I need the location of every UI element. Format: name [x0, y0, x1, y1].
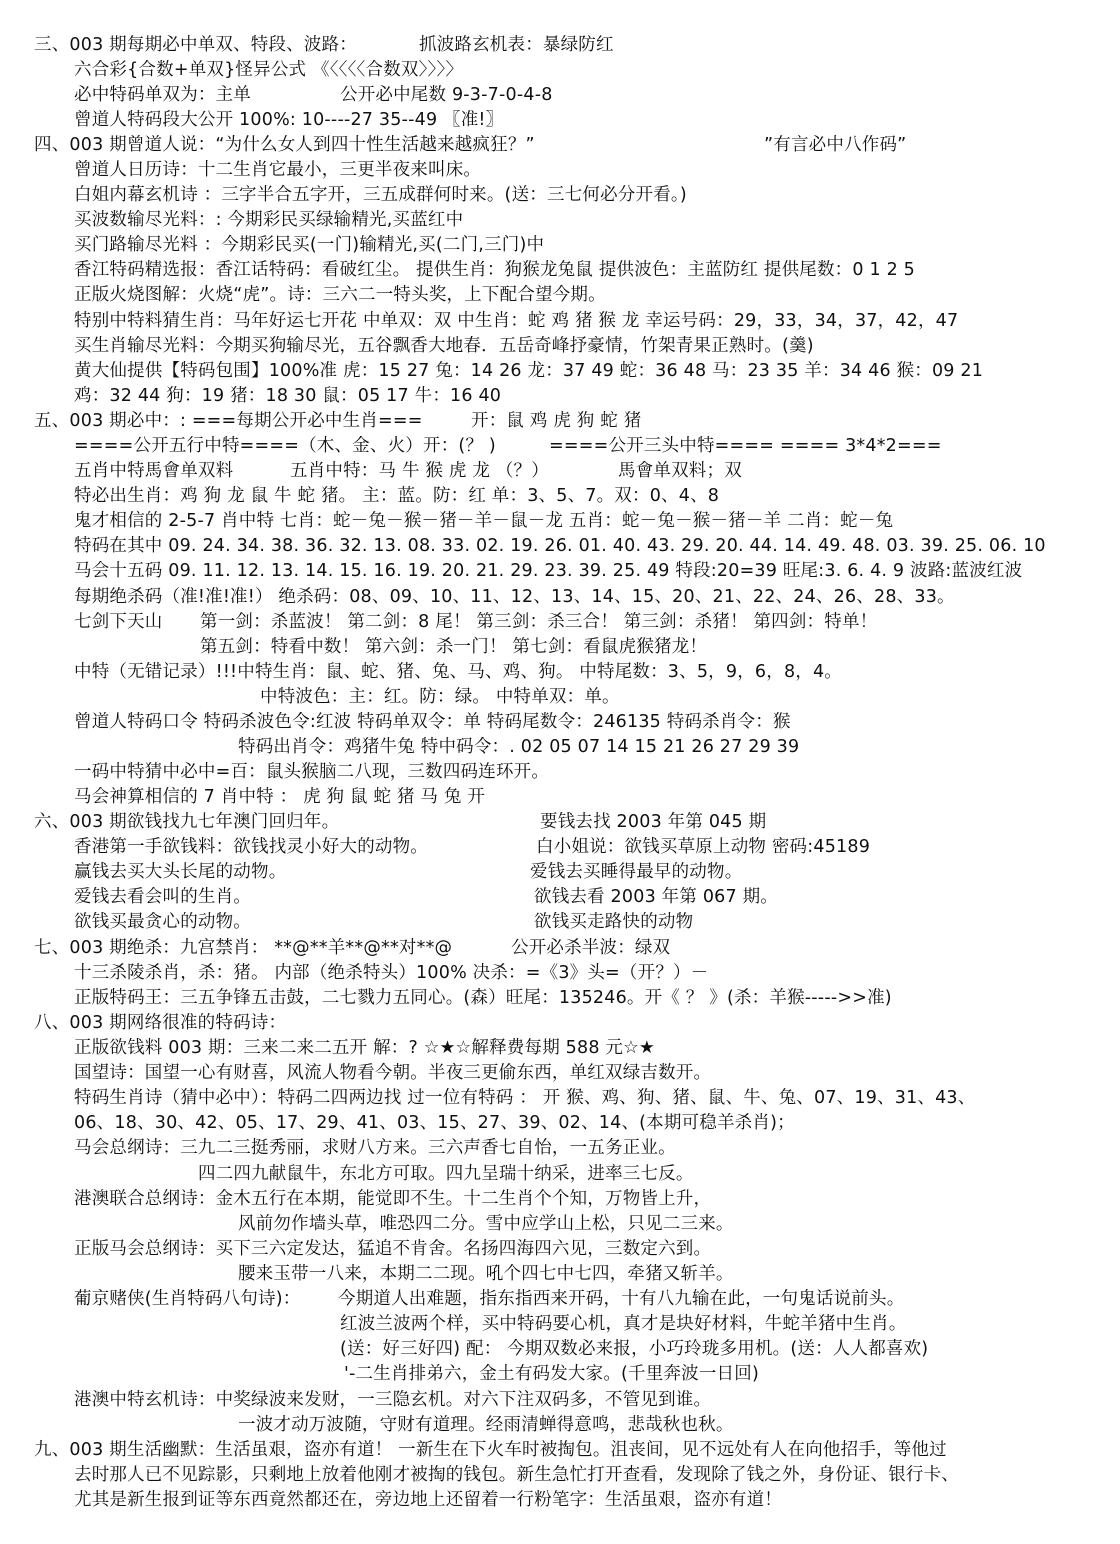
wave-table: 抓波路玄机表：暴绿防红 — [419, 34, 614, 56]
text-line: 风前勿作墙头草，唯恐四二分。雪中应学山上松，只见二三来。 — [238, 1213, 734, 1235]
section-5-title: 五、003 期必中：: ===每期公开必中生肖=== — [34, 411, 423, 431]
text-line: 赢钱去买大头长尾的动物。 爱钱去买睡得最早的动物。 — [74, 861, 286, 883]
text-line: 正版火烧图解：火烧“虎”。诗：三六二一特头奖，上下配合望今期。 — [74, 284, 606, 306]
five-elements: ====公开五行中特====（木、金、火）开：(？ ) — [74, 436, 496, 456]
five-zodiac-label: 五肖中特馬會单双料 — [74, 461, 233, 481]
section-7-title: 七、003 期绝杀：九宫禁肖： **@**羊**@**对**@ — [34, 938, 452, 958]
segment-line: 曾道人特码段大公开 100%: 10----27 35--49 〖准!〗 — [74, 109, 503, 131]
text-line: 四二四九献鼠牛，东北方可取。四九呈瑞十纳采，进率三七反。 — [198, 1163, 694, 1185]
text-line: 香江特码精选报：香江话特码：看破红尘。 提供生肖：狗猴龙兔鼠 提供波色：主蓝防红… — [74, 259, 915, 281]
text-line: 正版欲钱料 003 期：三来二来二五开 解：? ☆★☆解释费每期 588 元☆★ — [74, 1037, 655, 1059]
text-line: 特码在其中 09. 24. 34. 38. 36. 32. 13. 08. 33… — [74, 535, 1046, 557]
section-9-heading: 九、003 期生活幽默：生活虽艰，盗亦有道！ 一新生在下火车时被掏包。沮丧间，见… — [34, 1439, 947, 1461]
text-line: 正版特码王：三五争锋五击鼓，二七戮力五同心。(森）旺尾：135246。开《 ？ … — [74, 987, 892, 1009]
text-line: 买波数输尽光料：: 今期彩民买绿输精光,买蓝红中 — [74, 209, 463, 231]
section-4-heading: 四、003 期曾道人说：“为什么女人到四十性生活越来越疯狂？” ”有言必中八作码… — [34, 134, 535, 156]
right-col: 爱钱去买睡得最早的动物。 — [530, 861, 742, 883]
text-line: 中特波色：主：红。防：绿。 中特单双：单。 — [260, 686, 620, 708]
odd-even-line: 必中特码单双为：主单 公开必中尾数 9-3-7-0-4-8 — [74, 84, 251, 106]
text-line: 正版马会总纲诗：买下三六定发达，猛追不肯舍。名扬四海四六见，三数定六到。 — [74, 1238, 711, 1260]
text-line: 七剑下天山 第一剑：杀蓝波！ 第二剑：8 尾！ 第三剑：杀三合！ 第三剑：杀猪！… — [74, 611, 163, 633]
five-zodiac: 五肖中特：马 牛 猴 虎 龙 （？） — [290, 460, 549, 482]
text-line: 买生肖输尽光料：今期买狗输尽光，五谷飘香大地春．五岳奇峰抒豪情，竹架青果正熟时。… — [74, 335, 814, 357]
text-line: 买门路输尽光料 ：今期彩民买(一门)输精光,买(二门,三门)中 — [74, 234, 544, 256]
text-line: 红波兰波两个样，买中特码要心机，真才是块好材料，牛蛇羊猪中生肖。 — [340, 1313, 906, 1335]
section-5-heading: 五、003 期必中：: ===每期公开必中生肖=== 开：鼠 鸡 虎 狗 蛇 猪 — [34, 410, 423, 432]
text-line: 国望诗：国望一心有财喜，风流人物看今朝。半夜三更偷东西，单红双绿吉数开。 — [74, 1062, 711, 1084]
text-line: 马会总纲诗：三九二三挺秀丽，求财八方来。三六声香七自怡，一五务正业。 — [74, 1137, 676, 1159]
text-line: ====公开五行中特====（木、金、火）开：(？ ) ====公开三头中特==… — [74, 435, 496, 457]
text-line: 港澳联合总纲诗：金木五行在本期，能觉即不生。十二生肖个个知，万物皆上升， — [74, 1188, 711, 1210]
section-5-open: 开：鼠 鸡 虎 狗 蛇 猪 — [471, 410, 641, 432]
section-4-quote: ”有言必中八作码” — [764, 134, 906, 156]
text-line: 曾道人日历诗：十二生肖它最小，三更半夜来叫床。 — [74, 159, 481, 181]
tail-numbers: 公开必中尾数 9-3-7-0-4-8 — [340, 84, 553, 106]
section-3-heading: 三、003 期每期必中单双、特段、波路： 抓波路玄机表：暴绿防红 — [34, 34, 357, 56]
section-4-title: 四、003 期曾道人说：“为什么女人到四十性生活越来越疯狂？” — [34, 135, 535, 155]
text-line: 中特（无错记录）!!!中特生肖：鼠、蛇、猪、兔、马、鸡、狗。 中特尾数：3、5，… — [74, 661, 842, 683]
left-col: 赢钱去买大头长尾的动物。 — [74, 862, 286, 882]
text-line: 葡京赌侠(生肖特码八句诗)： 今期道人出难题，指东指西来开码，十有八九输在此，一… — [74, 1288, 300, 1310]
odd-even-material: 馬會单双料；双 — [618, 460, 742, 482]
text-line: 马会十五码 09. 11. 12. 13. 14. 15. 16. 19. 20… — [74, 560, 1022, 582]
text-line: 一码中特猜中必中=百：鼠头猴脑二八现，三数四码连环开。 — [74, 761, 549, 783]
text-line: 腰来玉带一八来，本期二二现。吼个四七中七四，牵猪又斩羊。 — [238, 1263, 734, 1285]
left-col: 香港第一手欲钱料：欲钱找灵小好大的动物。 — [74, 837, 428, 857]
left-col: 欲钱买最贪心的动物。 — [74, 912, 251, 932]
poem-label: 葡京赌侠(生肖特码八句诗)： — [74, 1289, 300, 1309]
poem-text: 今期道人出难题，指东指西来开码，十有八九输在此，一句鬼话说前头。 — [338, 1288, 904, 1310]
text-line: 马会神算相信的 7 肖中特 ： 虎 狗 鼠 蛇 猪 马 兔 开 — [74, 786, 485, 808]
text-line: 爱钱去看会叫的生肖。 欲钱去看 2003 年第 067 期。 — [74, 886, 251, 908]
text-line: 第五剑：特看中数！ 第六剑：杀一门！ 第七剑：看鼠虎猴猪龙！ — [200, 636, 707, 658]
text-line: 特必出生肖：鸡 狗 龙 鼠 牛 蛇 猪。 主：蓝。防：红 单：3、5、7。双：0… — [74, 485, 719, 507]
section-6-right: 要钱去找 2003 年第 045 期 — [540, 811, 766, 833]
text-line: 一波才动万波随，守财有道理。经雨清蝉得意鸣，悲哉秋也秋。 — [238, 1414, 734, 1436]
text-line: 去时那人已不见踪影，只剩地上放着他刚才被掏的钱包。新生急忙打开查看，发现除了钱之… — [74, 1464, 959, 1486]
right-col: 欲钱去看 2003 年第 067 期。 — [534, 886, 778, 908]
section-7-right: 公开必杀半波：绿双 — [511, 937, 670, 959]
three-heads: ====公开三头中特==== ==== 3*4*2=== — [549, 435, 942, 457]
right-col: 白小姐说：欲钱买草原上动物 密码:45189 — [536, 836, 870, 858]
text-line: 白姐内幕玄机诗 ：三字半合五字开，三五成群何时来。(送：三七何必分开看。) — [74, 184, 687, 206]
seven-swords: 第一剑：杀蓝波！ 第二剑：8 尾！ 第三剑：杀三合！ 第三剑：杀猪！ 第四剑：特… — [200, 611, 877, 633]
section-6-title: 六、003 期欲钱找九七年澳门回归年。 — [34, 812, 339, 832]
text-line: 鸡：32 44 狗：19 猪：18 30 鼠：05 17 牛：16 40 — [74, 385, 501, 407]
text-line: 欲钱买最贪心的动物。 欲钱买走路快的动物 — [74, 911, 251, 933]
text-line: 曾道人特码口令 特码杀波色令:红波 特码单双令：单 特码尾数令：246135 特… — [74, 711, 791, 733]
section-7-heading: 七、003 期绝杀：九宫禁肖： **@**羊**@**对**@ 公开必杀半波：绿… — [34, 937, 452, 959]
text-line: '-二生肖排弟六，金土有码发大家。(千里奔波一日回) — [344, 1363, 759, 1385]
text-line: 黄大仙提供【特码包围】100%准 虎：15 27 兔：14 26 龙：37 49… — [74, 360, 983, 382]
text-line: 十三杀陵杀肖，杀：猪。 内部（绝杀特头）100% 决杀：=《3》头=（开？）－ — [74, 962, 708, 984]
text-line: 港澳中特玄机诗：中奖绿波来发财，一三隐玄机。对六下注双码多，不管见到谁。 — [74, 1389, 711, 1411]
text-line: 香港第一手欲钱料：欲钱找灵小好大的动物。 白小姐说：欲钱买草原上动物 密码:45… — [74, 836, 428, 858]
text-line: (送：好三好四) 配： 今期双数必来报，小巧玲珑多用机。(送：人人都喜欢) — [340, 1338, 928, 1360]
right-col: 欲钱买走路快的动物 — [534, 911, 693, 933]
left-col: 爱钱去看会叫的生肖。 — [74, 887, 251, 907]
section-8-heading: 八、003 期网络很准的特码诗： — [34, 1012, 286, 1034]
section-6-heading: 六、003 期欲钱找九七年澳门回归年。 要钱去找 2003 年第 045 期 — [34, 811, 339, 833]
text-line: 五肖中特馬會单双料 五肖中特：马 牛 猴 虎 龙 （？） 馬會单双料；双 — [74, 460, 233, 482]
text-line: 尤其是新生报到证等东西竟然都还在，旁边地上还留着一行粉笔字：生活虽艰，盗亦有道！ — [74, 1489, 782, 1511]
text-line: 06、18、30、42、05、17、29、41、03、15、27、39、02、1… — [74, 1112, 795, 1134]
seven-swords-label: 七剑下天山 — [74, 612, 163, 632]
text-line: 特码出肖令：鸡猪牛兔 特中码令：. 02 05 07 14 15 21 26 2… — [238, 736, 799, 758]
section-3-title: 三、003 期每期必中单双、特段、波路： — [34, 35, 357, 55]
text-line: 鬼才相信的 2-5-7 肖中特 七肖：蛇－兔－猴－猪－羊－鼠－龙 五肖：蛇－兔－… — [74, 510, 893, 532]
formula-line: 六合彩{合数+单双}怪异公式 《〈〈〈〈合数双〉〉〉〉 — [74, 59, 463, 81]
text-line: 每期绝杀码（准!准!准!） 绝杀码：08、09、10、11、12、13、14、1… — [74, 586, 955, 608]
odd-even-main: 必中特码单双为：主单 — [74, 85, 251, 105]
text-line: 特别中特料猜生肖：马年好运七开花 中单双：双 中生肖：蛇 鸡 猪 猴 龙 幸运号… — [74, 310, 958, 332]
text-line: 特码生肖诗（猜中必中）：特码二四两边找 过一位有特码 ： 开 猴、鸡、狗、猪、鼠… — [74, 1087, 975, 1109]
